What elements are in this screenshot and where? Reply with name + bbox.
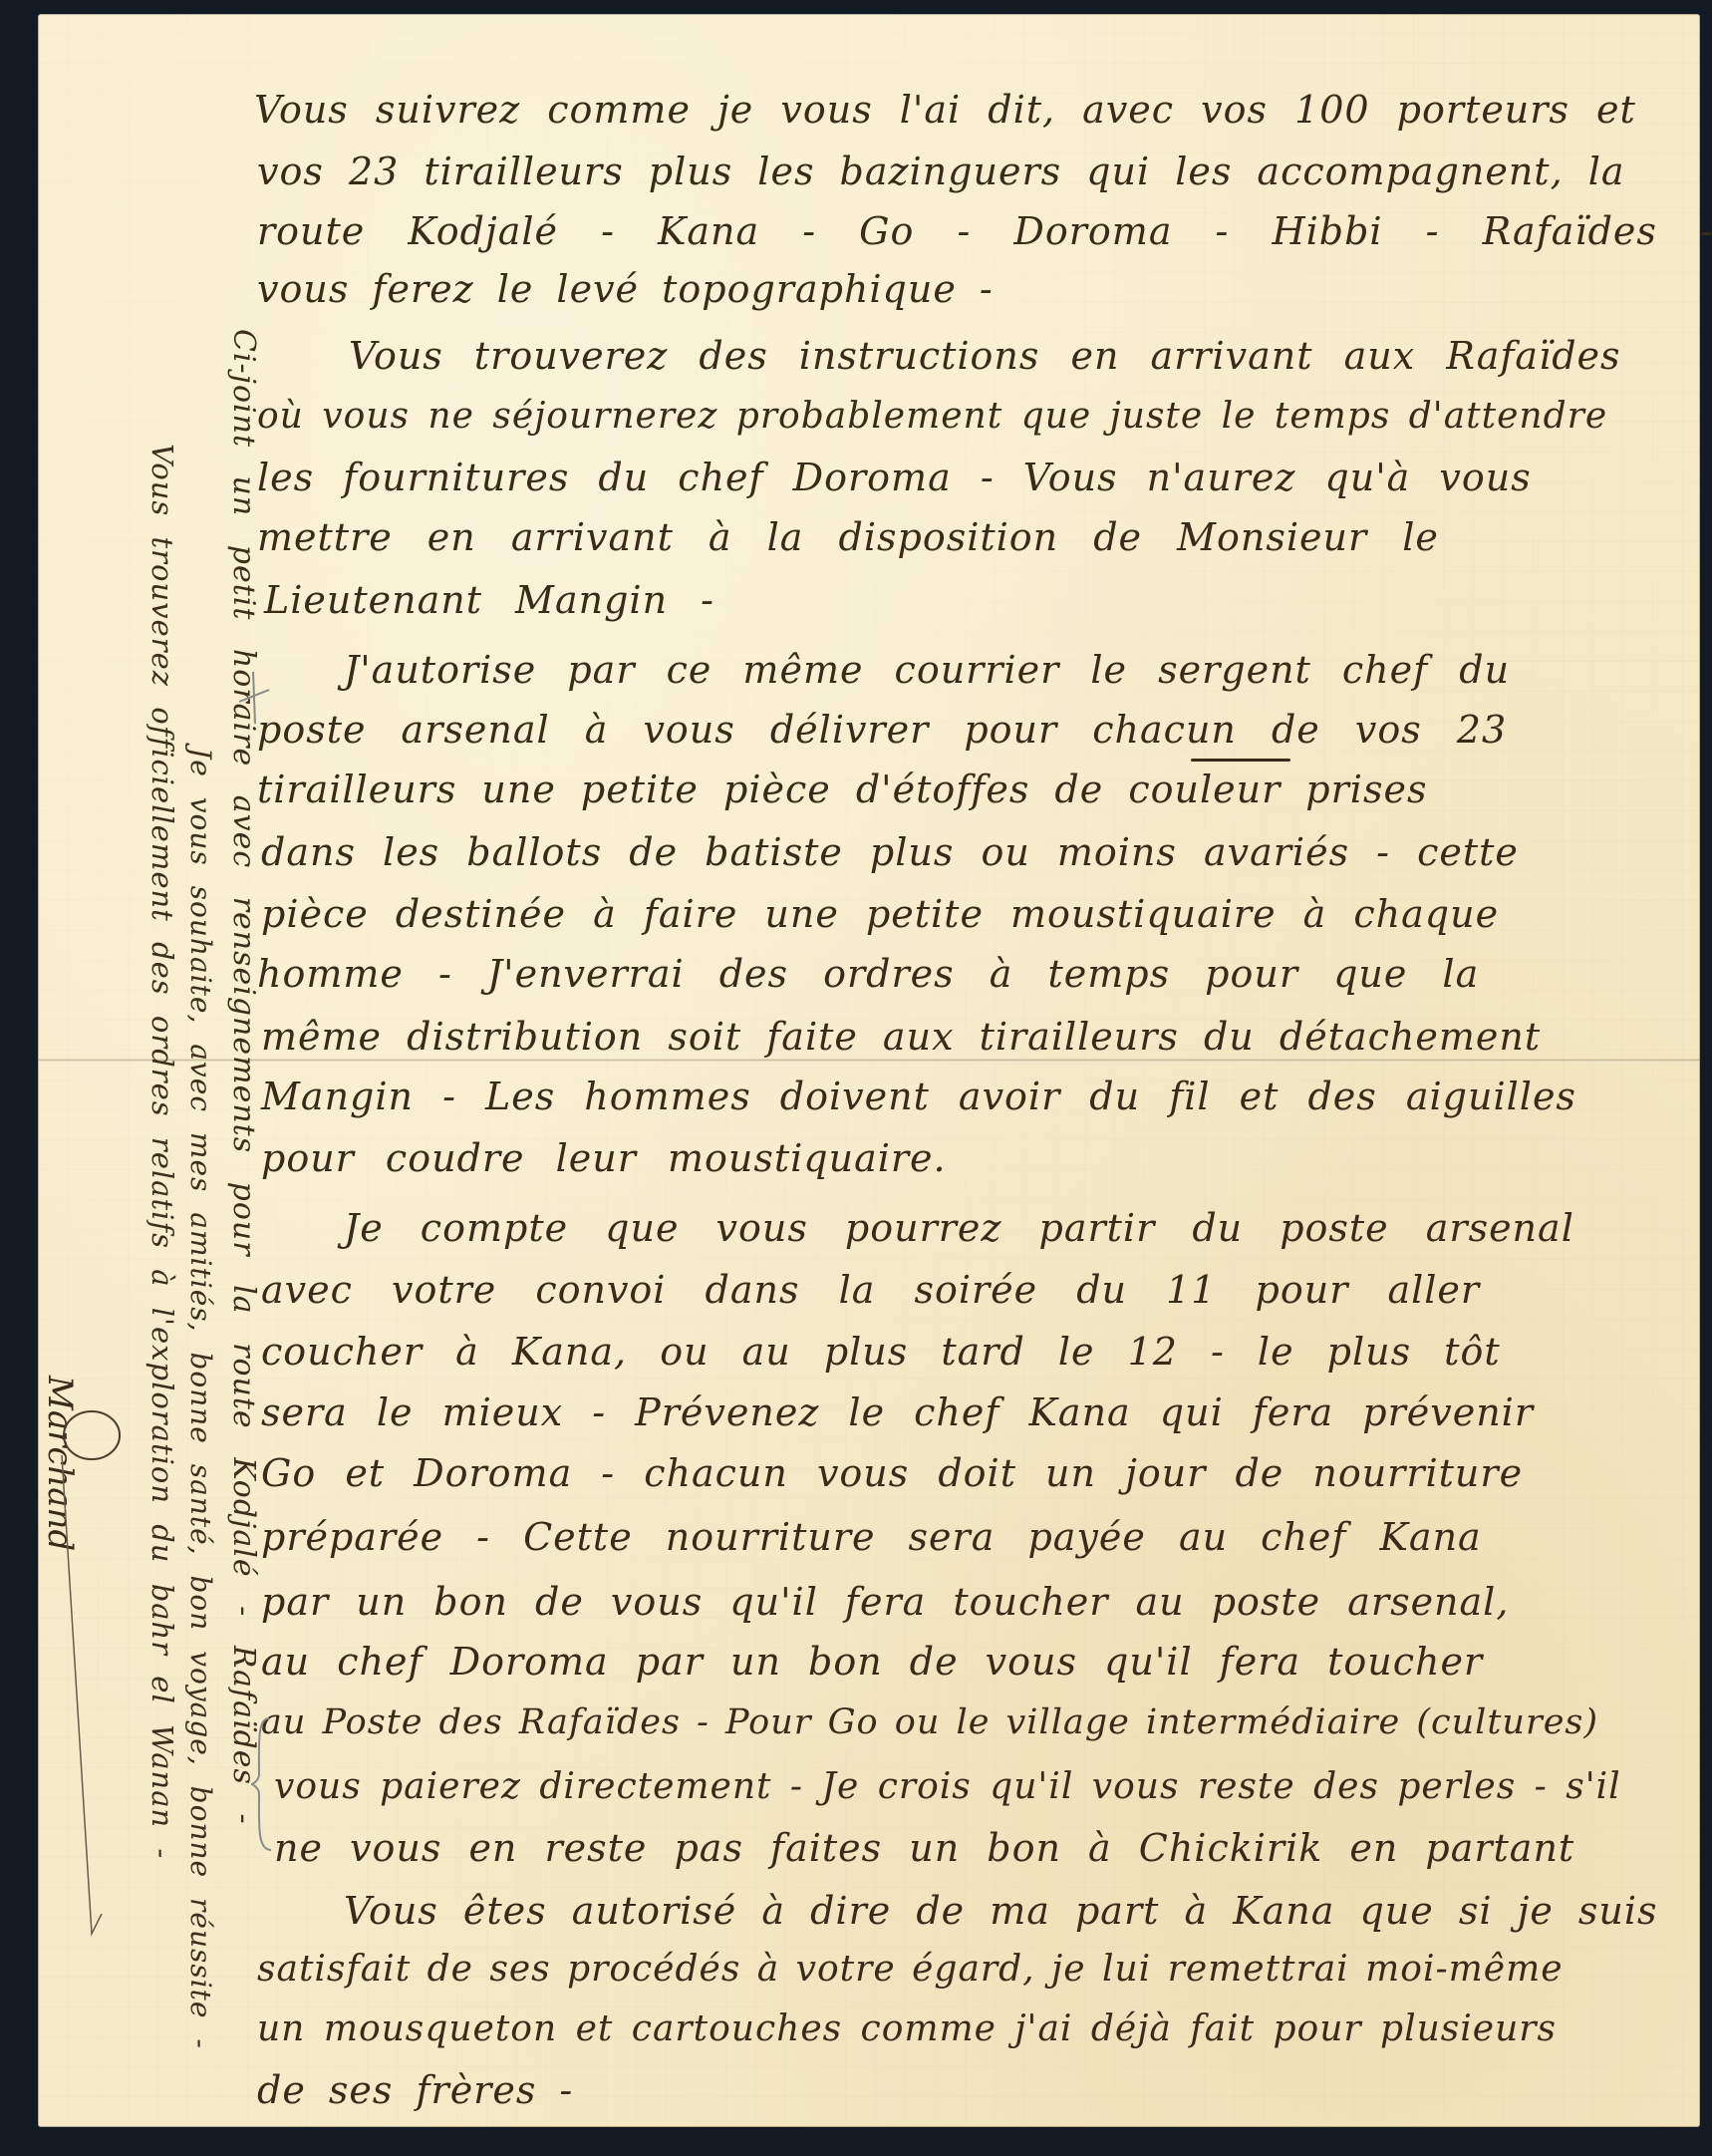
body-line: poste arsenal à vous délivrer pour chacu… — [257, 708, 1507, 752]
body-line: de ses frères - — [257, 2068, 573, 2112]
body-line: tirailleurs une petite pièce d'étoffes d… — [257, 768, 1427, 811]
body-line: Go et Doroma - chacun vous doit un jour … — [261, 1451, 1523, 1495]
body-line: vous paierez directement - Je crois qu'i… — [274, 1766, 1621, 1807]
body-line: satisfait de ses procédés à votre égard,… — [257, 1949, 1564, 1990]
body-line: Je compte que vous pourrez partir du pos… — [344, 1206, 1574, 1250]
body-line: coucher à Kana, ou au plus tard le 12 - … — [261, 1330, 1501, 1374]
body-line: par un bon de vous qu'il fera toucher au… — [261, 1580, 1509, 1624]
letter-paper — [38, 14, 1700, 2127]
fold-crease — [38, 1059, 1700, 1062]
body-line: un mousqueton et cartouches comme j'ai d… — [257, 2008, 1557, 2049]
body-line: vos 23 tirailleurs plus les bazinguers q… — [257, 150, 1625, 193]
body-line: dans les ballots de batiste plus ou moin… — [261, 830, 1519, 874]
body-line: vous ferez le levé topographique - — [257, 267, 994, 311]
underline-mark — [1191, 759, 1290, 762]
pencil-brace-icon — [249, 1714, 273, 1854]
body-line: sera le mieux - Prévenez le chef Kana qu… — [261, 1390, 1534, 1434]
body-line: où vous ne séjournerez probablement que … — [257, 396, 1607, 437]
body-line: pour coudre leur moustiquaire. — [261, 1136, 947, 1180]
margin-note-line: Vous trouverez officiellement des ordres… — [145, 444, 179, 1859]
body-line: au Poste des Rafaïdes - Pour Go ou le vi… — [261, 1702, 1598, 1742]
body-line: avec votre convoi dans la soirée du 11 p… — [261, 1268, 1480, 1312]
body-line: Mangin - Les hommes doivent avoir du fil… — [261, 1075, 1576, 1118]
body-line: Vous suivrez comme je vous l'ai dit, ave… — [254, 88, 1636, 132]
body-line: route Kodjalé - Kana - Go - Doroma - Hib… — [257, 209, 1712, 253]
body-line: J'autorise par ce même courrier le serge… — [344, 648, 1510, 692]
body-line: même distribution soit faite aux tiraill… — [261, 1015, 1541, 1059]
margin-note-line: Ci-joint un petit horaire avec renseigne… — [226, 329, 261, 1825]
body-line: homme - J'enverrai des ordres à temps po… — [257, 952, 1479, 996]
body-line: au chef Doroma par un bon de vous qu'il … — [261, 1640, 1483, 1684]
body-line: pièce destinée à faire une petite mousti… — [261, 892, 1499, 936]
body-line: Vous êtes autorisé à dire de ma part à K… — [344, 1889, 1658, 1933]
body-line: ne vous en reste pas faites un bon à Chi… — [274, 1826, 1574, 1870]
pencil-plus-icon — [237, 670, 271, 726]
body-line: Lieutenant Mangin - — [264, 578, 714, 622]
body-line: Vous trouverez des instructions en arriv… — [349, 334, 1621, 378]
body-line: mettre en arrivant à la disposition de M… — [257, 515, 1439, 559]
margin-note-line: Je vous souhaite, avec mes amitiés, bonn… — [184, 748, 217, 2049]
body-line: les fournitures du chef Doroma - Vous n'… — [257, 456, 1532, 499]
signature-flourish-icon — [52, 1395, 142, 1954]
body-line: préparée - Cette nourriture sera payée a… — [261, 1515, 1482, 1559]
